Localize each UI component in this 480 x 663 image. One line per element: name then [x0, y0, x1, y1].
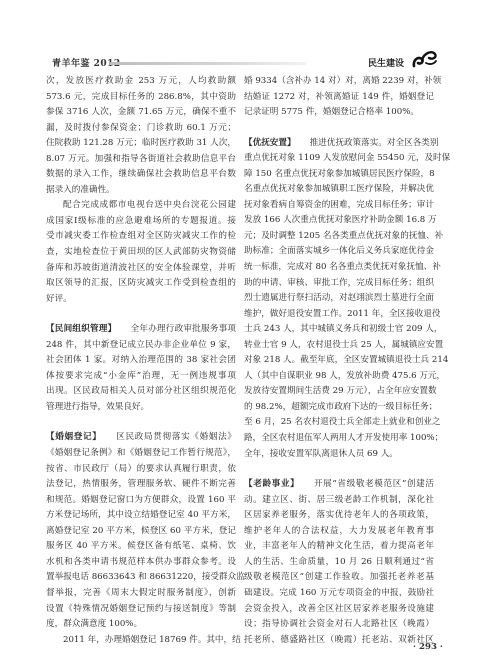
text-line: 烈士遗属进行祭扫活动，对赵翊滨烈士墓进行全面: [244, 291, 434, 307]
text-line: 度，群众满意度 100%。: [46, 617, 236, 633]
text-line: 至 6 月，25 名农村退役士兵全部走上就业和创业之: [244, 415, 434, 431]
text-line: 统一标准，完成对 80 名各重点类优抚对象抚恤、补: [244, 260, 434, 276]
text-line: 维护，做好退役安置工作。2011 年，全区接收退役: [244, 307, 434, 323]
text-line: 出现。区民政局相关人员对部分社区组织规范化: [46, 384, 236, 400]
text-line: 次，发放医疗救助金 253 万元，人均救助额: [46, 74, 236, 90]
section-heading: 【优抚安置】: [244, 138, 296, 148]
text-line: 设；指导协调社会资金对石人北路社区（晚霞）: [244, 617, 434, 633]
text-line: 漏，及时拨付参保资金；门诊救助 60.1 万元；: [46, 121, 236, 137]
text-line: 会资金投入，改善全区社区居家养老服务设施建: [244, 602, 434, 618]
text-line: 发放 166 人次重点优抚对象医疗补助金额 16.8 万: [244, 213, 434, 229]
text-line: 设置《特殊情况婚姻登记预约与接送制度》等制: [46, 602, 236, 618]
text-line: 置举报电话 86633643 和 86631220，接受群众监: [46, 570, 236, 586]
text-line: 社会团体 1 家。对纳入治理范围的 38 家社会团: [46, 353, 236, 369]
text-line: 动。建立区、街、居三级老龄工作机制，深化社: [244, 493, 434, 509]
text-line: 人（其中自谋职业 98 人，发放补助费 475.6 万元，: [244, 369, 434, 385]
text-line: 好评。: [46, 292, 236, 308]
text-line: 法登记，热情服务，管理服务软、硬件不断完善: [46, 477, 236, 493]
text-line: 住院救助 121.28 万元；临时医疗救助 31 人次，: [46, 136, 236, 152]
swirl-logo-icon: [412, 48, 438, 68]
text-line: 取区领导的汇报，区防灾减灾工作受到检查组的: [46, 276, 236, 292]
text-line: 转业士官 9 人，农村退役士兵 25 人，属城镇应安置: [244, 338, 434, 354]
text-line: 障 150 名重点优抚对象参加城镇居民医疗保险，8: [244, 167, 434, 183]
text-line: 发放待安置期间生活费 29 万元），占全年应安置数: [244, 384, 434, 400]
text-line: 推进优抚政策落实。对全区各类别: [310, 138, 439, 148]
text-line: 开展“省级敬老模范区”创建活: [313, 479, 434, 489]
text-line: 婚 9334（含补办 14 对）对，离婚 2239 对，补领: [244, 74, 434, 90]
section-title: 民生建设: [368, 56, 404, 69]
text-line: 据录入的准确性。: [46, 183, 236, 199]
text-line: 受市减灾委工作检查组对全区防灾减灾工作的检: [46, 229, 236, 245]
text-line: 区居家养老服务，落实优待老年人的各项政策，: [244, 508, 434, 524]
section-heading: 【民间组织管理】: [46, 324, 116, 334]
text-line: 元；及时调整 1205 名各类重点优抚对象的抚恤、补: [244, 229, 434, 245]
text-line: 配合完成成都市电视台送中央台浣花公园建: [46, 198, 236, 214]
text-line: 按省、市民政厅（局）的要求认真履行职责，依: [46, 462, 236, 478]
paragraph-marriage-stats-cont: 婚 9334（含补办 14 对）对，离婚 2239 对，补领 结婚证 1272 …: [244, 74, 434, 121]
text-line: 的 98.2%，超额完成市政府下达的一级目标任务；: [244, 400, 434, 416]
section-heading: 【老龄事业】: [244, 479, 299, 489]
text-line: 助的申请、审核、审批工作，完成目标任务；组织: [244, 276, 434, 292]
left-column: 次，发放医疗救助金 253 万元，人均救助额 573.6 元，完成目标任务的 2…: [46, 74, 236, 648]
section-elderly-affairs: 【老龄事业】开展“省级敬老模范区”创建活 动。建立区、街、居三级老龄工作机制，深…: [244, 477, 434, 648]
text-line: 备库和苏坡街道清波社区的安全体验课堂，并听: [46, 261, 236, 277]
text-line: 全年办理行政审批服务事项: [130, 324, 236, 334]
running-header: 青羊年鉴 2012 民生建设: [52, 56, 442, 70]
right-column: 婚 9334（含补办 14 对）对，离婚 2239 对，补领 结婚证 1272 …: [244, 74, 434, 648]
text-line: 服务区 40 平方米。候登区备有纸笔、桌椅、饮: [46, 539, 236, 555]
text-line: 区民政局贯彻落实《婚姻法》: [116, 432, 236, 442]
text-line: 业，丰富老年人的精神文化生活，着力提高老年: [244, 539, 434, 555]
text-line: 248 件，其中新登记成立民办非企业单位 9 家，: [46, 338, 236, 354]
text-line: 维护老年人的合法权益，大力发展老年教育事: [244, 524, 434, 540]
text-line: 《婚姻登记条例》和《婚姻登记工作暂行规范》，: [46, 446, 236, 462]
text-line: 路，全区农村退伍军人两用人才开发使用率 100%；: [244, 431, 434, 447]
section-preferential-care: 【优抚安置】推进优抚政策落实。对全区各类别 重点优抚对象 1109 人发放慰问金…: [244, 136, 434, 462]
text-line: 记录证明 5775 件，婚姻登记合格率 100%。: [244, 105, 434, 121]
text-line: 抚对象看病自筹资金的困难，完成目标任务；审计: [244, 198, 434, 214]
paragraph-medical-aid: 次，发放医疗救助金 253 万元，人均救助额 573.6 元，完成目标任务的 2…: [46, 74, 236, 198]
header-rule: [110, 62, 306, 65]
paragraph-marriage-stats: 2011 年，办理婚姻登记 18769 件。其中，结: [46, 633, 236, 649]
section-heading: 【婚姻登记】: [46, 432, 102, 442]
text-line: 对象 218 人。截至年底，全区安置城镇退役士兵 214: [244, 353, 434, 369]
text-line: 和规范。婚姻登记窗口为方便群众，设置 160 平: [46, 493, 236, 509]
text-line: 全年，接收安置军队离退休人员 69 人。: [244, 447, 434, 463]
text-line: 成国家Ⅰ级标准的应急避难场所的专题报道。接: [46, 214, 236, 230]
section-civil-organization: 【民间组织管理】全年办理行政审批服务事项 248 件，其中新登记成立民办非企业单…: [46, 322, 236, 415]
text-line: 托老所、德盛路社区（晚霞）托老站、双新社区: [244, 633, 434, 649]
text-line: 结婚证 1272 对，补领离婚证 149 件，婚姻登记: [244, 90, 434, 106]
text-line: 8.07 万元。加强和指导各街道社会救助信息平台: [46, 152, 236, 168]
text-line: 础建设。完成 160 万元专项资金的申报，鼓励社: [244, 586, 434, 602]
text-line: 水机和各类申请书规范样本供办事群众参考。设: [46, 555, 236, 571]
text-line: 管理进行指导，效果良好。: [46, 400, 236, 416]
text-line: 方米登记场所，其中设立结婚登记室 40 平方米，: [46, 508, 236, 524]
text-line: 参保 3716 人次，金额 71.65 万元，确保不重不: [46, 105, 236, 121]
text-line: 573.6 元，完成目标任务的 286.8%，其中资助: [46, 90, 236, 106]
paragraph-disaster-reduction: 配合完成成都市电视台送中央台浣花公园建 成国家Ⅰ级标准的应急避难场所的专题报道。…: [46, 198, 236, 307]
text-line: 督举报，完善《周末大假定时服务制度》，创新: [46, 586, 236, 602]
section-marriage-registration: 【婚姻登记】区民政局贯彻落实《婚姻法》 《婚姻登记条例》和《婚姻登记工作暂行规范…: [46, 430, 236, 632]
text-line: 体按要求完成“小金库”治理，无一例违规事项: [46, 369, 236, 385]
text-line: 助标准；全面落实城乡一体化后义务兵家庭优待金: [244, 244, 434, 260]
text-line: 人的生活、生命质量，10 月 26 日顺利通过“省: [244, 555, 434, 571]
text-line: 离婚登记室 20 平方米，候登区 60 平方米，登记: [46, 524, 236, 540]
text-line: 士兵 243 人，其中城镇义务兵和初级士官 209 人，: [244, 322, 434, 338]
text-line: 级敬老模范区”创建工作验收。加强托老养老基: [244, 570, 434, 586]
text-line: 2011 年，办理婚姻登记 18769 件。其中，结: [46, 633, 236, 649]
text-line: 查，实地检查位于黄田坝的区人武部防灾物资储: [46, 245, 236, 261]
page-number: · 293 ·: [413, 642, 443, 652]
text-line: 名重点优抚对象参加城镇职工医疗保险，并解决优: [244, 182, 434, 198]
text-line: 数据的录入工作，继续确保社会救助信息平台数: [46, 167, 236, 183]
text-line: 重点优抚对象 1109 人发放慰问金 55450 元，及时保: [244, 151, 434, 167]
